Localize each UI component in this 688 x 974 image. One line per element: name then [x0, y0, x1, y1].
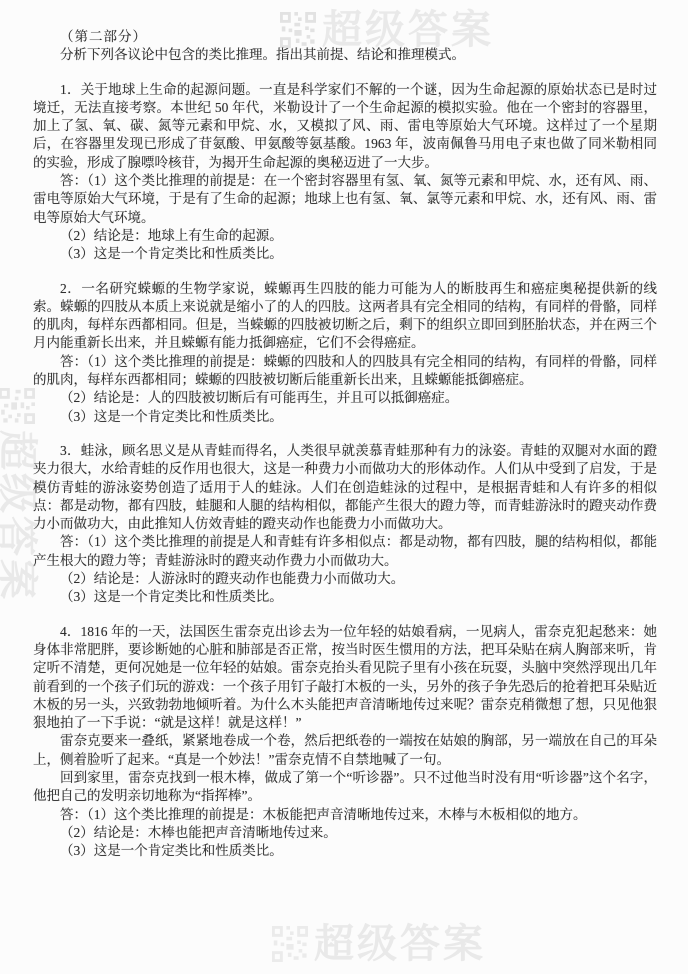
question-4-body-1: 4．1816 年的一天，法国医生雷奈克出诊去为一位年轻的姑娘看病，一见病人，雷奈…	[33, 623, 657, 733]
part-title: （第二部分）	[33, 28, 657, 46]
question-3-body: 3．蛙泳，顾名思义是从青蛙而得名，人类很早就羡慕青蛙那种有力的泳姿。青蛙的双腿对…	[33, 442, 657, 533]
question-3-answer-pattern: （3）这是一个肯定类比和性质类比。	[33, 588, 657, 606]
question-2-body: 2．一名研究蝾螈的生物学家说，蝾螈再生四肢的能力可能为人的断肢再生和癌症奥秘提供…	[33, 280, 657, 353]
question-2-answer-premise: 答：（1）这个类比推理的前提是：蝾螈的四肢和人的四肢具有完全相同的结构，有同样的…	[33, 353, 657, 390]
question-4-body-2: 雷奈克要来一叠纸，紧紧地卷成一个卷，然后把纸卷的一端按在姑娘的胸部，另一端放在自…	[33, 732, 657, 769]
intro-line: 分析下列各议论中包含的类比推理。指出其前提、结论和推理模式。	[33, 46, 657, 64]
qr-logo-icon	[272, 925, 308, 963]
question-3-answer-conclusion: （2）结论是：人游泳时的蹬夹动作也能费力小而做功大。	[33, 570, 657, 588]
watermark-left: 超级答案	[0, 388, 37, 602]
question-1: 1．关于地球上生命的起源问题。一直是科学家们不解的一个谜，因为生命起源的原始状态…	[33, 81, 657, 264]
question-2: 2．一名研究蝾螈的生物学家说，蝾螈再生四肢的能力可能为人的断肢再生和癌症奥秘提供…	[33, 280, 657, 426]
question-4-body-3: 回到家里，雷奈克找到一根木棒，做成了第一个“听诊器”。只不过他当时没有用“听诊器…	[33, 769, 657, 806]
watermark-bottom: 超级答案	[272, 924, 486, 964]
document-content: （第二部分） 分析下列各议论中包含的类比推理。指出其前提、结论和推理模式。 1．…	[33, 28, 657, 860]
question-1-body: 1．关于地球上生命的起源问题。一直是科学家们不解的一个谜，因为生命起源的原始状态…	[33, 81, 657, 172]
question-4-answer-conclusion: （2）结论是：木棒也能把声音清晰地传过来。	[33, 824, 657, 842]
question-1-answer-pattern: （3）这是一个肯定类比和性质类比。	[33, 245, 657, 263]
question-2-answer-conclusion: （2）结论是：人的四肢被切断后有可能再生，并且可以抵御癌症。	[33, 389, 657, 407]
qr-logo-icon	[0, 388, 36, 424]
scanned-document-page: 超级答案 超级答案	[0, 0, 688, 974]
question-4-answer-pattern: （3）这是一个肯定类比和性质类比。	[33, 842, 657, 860]
question-1-answer-conclusion: （2）结论是：地球上有生命的起源。	[33, 227, 657, 245]
watermark-text: 超级答案	[0, 430, 37, 602]
question-3-answer-premise: 答：（1）这个类比推理的前提是人和青蛙有许多相似点：都是动物，都有四肢，腿的结构…	[33, 533, 657, 570]
question-1-answer-premise: 答：（1）这个类比推理的前提是：在一个密封容器里有氢、氧、氮等元素和甲烷、水，还…	[33, 172, 657, 227]
question-4: 4．1816 年的一天，法国医生雷奈克出诊去为一位年轻的姑娘看病，一见病人，雷奈…	[33, 623, 657, 861]
question-3: 3．蛙泳，顾名思义是从青蛙而得名，人类很早就羡慕青蛙那种有力的泳姿。青蛙的双腿对…	[33, 442, 657, 607]
watermark-text: 超级答案	[314, 924, 486, 964]
question-2-answer-pattern: （3）这是一个肯定类比和性质类比。	[33, 408, 657, 426]
question-4-answer-premise: 答：（1）这个类比推理的前提是：木板能把声音清晰地传过来，木棒与木板相似的地方。	[33, 806, 657, 824]
